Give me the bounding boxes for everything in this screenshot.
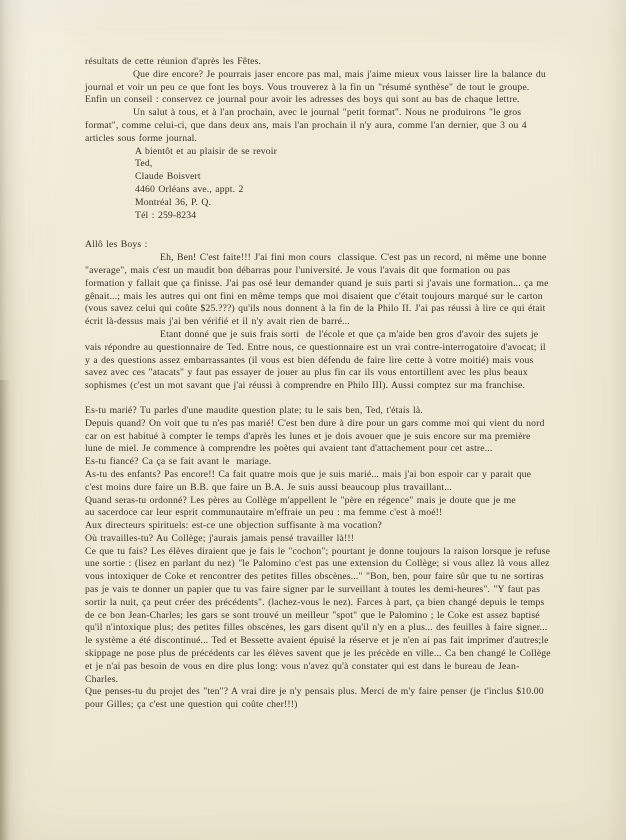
qa-question: Es-tu fiancé? xyxy=(85,456,139,467)
qa-question: Aux directeurs spirituels: xyxy=(85,520,188,531)
signature-address-line2: Montréal 36, P. Q. xyxy=(135,197,551,210)
qa-line-marie: Es-tu marié? Tu parles d'une maudite que… xyxy=(85,405,551,418)
signature-address-line1: 4460 Orléans ave., appt. 2 xyxy=(135,184,551,197)
paragraph-cours-fini: Eh, Ben! C'est faite!!! J'ai fini mon co… xyxy=(85,252,551,329)
qa-answer: Tu parles d'une maudite question plate; … xyxy=(140,405,423,416)
qa-question: Ce que tu fais? xyxy=(85,546,148,557)
signature-phone: Tél : 259-8234 xyxy=(135,210,551,223)
qa-question: Depuis quand? xyxy=(85,418,146,429)
signature-closing: A bientôt et au plaisir de se revoir xyxy=(135,146,551,159)
spacer xyxy=(85,393,551,405)
letter-greeting: Allô les Boys : xyxy=(85,239,551,252)
qa-line-ordonne: Quand seras-tu ordonné? Les pères au Col… xyxy=(85,495,551,521)
spacer xyxy=(85,222,551,239)
qa-question: Es-tu marié? xyxy=(85,405,137,416)
qa-line-fiance: Es-tu fiancé? Ca ça se fait avant le mar… xyxy=(85,456,551,469)
qa-line-travailles: Où travailles-tu? Au Collège; j'aurais j… xyxy=(85,533,551,546)
qa-answer: Ca ça se fait avant le mariage. xyxy=(142,456,271,467)
paper-crease xyxy=(0,380,10,840)
letter-content: résultats de cette réunion d'après les F… xyxy=(85,56,551,712)
signature-name-full: Claude Boisvert xyxy=(135,171,551,184)
qa-question: Où travailles-tu? xyxy=(85,533,153,544)
paragraph-salut: Un salut à tous, et à l'an prochain, ave… xyxy=(85,107,551,145)
qa-question: Que penses-tu du projet des "ten"? xyxy=(85,686,228,697)
scanned-letter-page: résultats de cette réunion d'après les F… xyxy=(0,0,626,840)
qa-answer: Au Collège; j'aurais jamais pensé travai… xyxy=(156,533,354,544)
signature-name-informal: Ted, xyxy=(135,158,551,171)
qa-line-projet-ten: Que penses-tu du projet des "ten"? A vra… xyxy=(85,686,551,712)
paragraph-questionnaire: Etant donné que je suis frais sorti de l… xyxy=(85,329,551,393)
qa-answer: On voit que tu n'es pas marié! C'est ben… xyxy=(85,418,548,455)
qa-answer: est-ce une objection suffisante à ma voc… xyxy=(192,520,382,531)
signature-block: A bientôt et au plaisir de se revoir Ted… xyxy=(135,146,551,223)
paragraph-journal-balance: Que dire encore? Je pourrais jaser encor… xyxy=(85,69,551,107)
paragraph-continuation: résultats de cette réunion d'après les F… xyxy=(85,56,551,69)
qa-list: Es-tu marié? Tu parles d'une maudite que… xyxy=(85,405,551,712)
qa-line-ce-que-tu-fais: Ce que tu fais? Les élèves diraient que … xyxy=(85,546,551,687)
qa-question: As-tu des enfants? xyxy=(85,469,161,480)
qa-answer: Les élèves diraient que je fais le "coch… xyxy=(85,546,554,685)
qa-line-directeurs: Aux directeurs spirituels: est-ce une ob… xyxy=(85,520,551,533)
qa-line-enfants: As-tu des enfants? Pas encore!! Ca fait … xyxy=(85,469,551,495)
qa-line-depuis-quand: Depuis quand? On voit que tu n'es pas ma… xyxy=(85,418,551,456)
qa-question: Quand seras-tu ordonné? xyxy=(85,495,187,506)
